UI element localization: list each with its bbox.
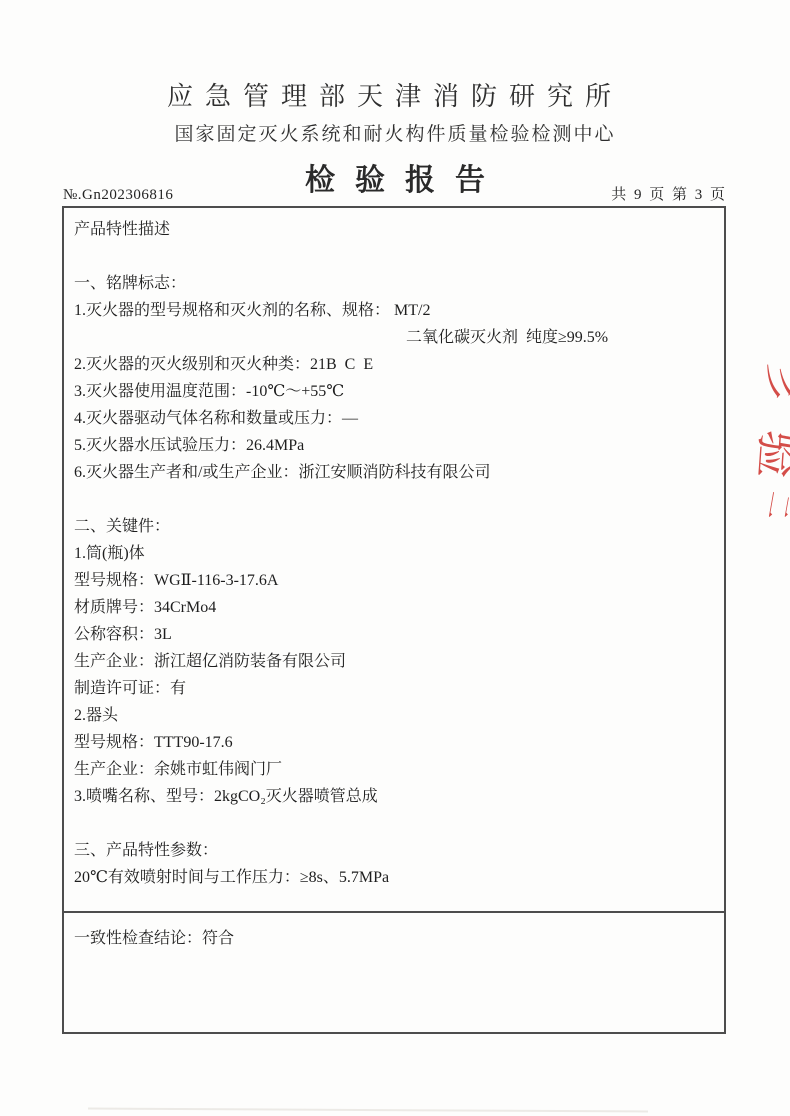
- field-line: 20℃有效喷射时间与工作压力：≥8s、5.7MPa: [74, 864, 712, 891]
- meta-row: №.Gn202306816 共 9 页 第 3 页: [63, 183, 727, 204]
- field-line: 型号规格：WGⅡ-116-3-17.6A: [74, 567, 712, 594]
- field-line: 制造许可证：有: [74, 675, 712, 702]
- section-2-title: 二、关键件：: [74, 513, 712, 540]
- field-line: 生产企业：浙江超亿消防装备有限公司: [74, 648, 712, 675]
- field-line: 3.灭火器使用温度范围：-10℃～+55℃: [74, 378, 712, 405]
- page-indicator: 共 9 页 第 3 页: [611, 183, 727, 204]
- field-line: 3.喷嘴名称、型号：2kgCO₂灭火器喷管总成: [74, 783, 712, 810]
- field-line: 材质牌号：34CrMo4: [74, 594, 712, 621]
- conclusion-text: 一致性检查结论：符合: [74, 930, 234, 947]
- field-line: 2.器头: [74, 702, 712, 729]
- report-number: №.Gn202306816: [63, 187, 173, 204]
- org-subtitle: 国家固定灭火系统和耐火构件质量检验检测中心: [0, 119, 790, 146]
- field-line: 1.灭火器的型号规格和灭火剂的名称、规格： MT/2: [74, 297, 712, 324]
- section-1-title: 一、铭牌标志：: [74, 270, 712, 297]
- field-line: 6.灭火器生产者和/或生产企业：浙江安顺消防科技有限公司: [74, 459, 712, 486]
- org-title: 应急管理部天津消防研究所: [0, 0, 790, 113]
- report-table: 产品特性描述 一、铭牌标志： 1.灭火器的型号规格和灭火剂的名称、规格： MT/…: [62, 206, 726, 1034]
- field-line: 2.灭火器的灭火级别和灭火种类：21B C E: [74, 351, 712, 378]
- field-line: 生产企业：余姚市虹伟阀门厂: [74, 756, 712, 783]
- conclusion-row: 一致性检查结论：符合: [64, 911, 724, 1032]
- red-seal-fragment-icon: 验: [746, 428, 790, 481]
- field-line: 5.灭火器水压试验压力：26.4MPa: [74, 432, 712, 459]
- table-body: 产品特性描述 一、铭牌标志： 1.灭火器的型号规格和灭火剂的名称、规格： MT/…: [64, 208, 724, 911]
- field-line: 公称容积：3L: [74, 621, 712, 648]
- red-seal-fragment-icon: 彡: [752, 357, 790, 407]
- field-line: 1.筒(瓶)体: [74, 540, 712, 567]
- field-line: 型号规格：TTT90-17.6: [74, 729, 712, 756]
- field-line: 二氧化碳灭火剂 纯度≥99.5%: [74, 324, 712, 351]
- document-page: 应急管理部天津消防研究所 国家固定灭火系统和耐火构件质量检验检测中心 检验报告 …: [0, 0, 790, 1116]
- table-header: 产品特性描述: [74, 216, 712, 243]
- scan-artifact: [88, 1108, 648, 1113]
- field-line: 4.灭火器驱动气体名称和数量或压力：—: [74, 405, 712, 432]
- red-seal-fragment-icon: 二: [758, 489, 790, 524]
- section-3-title: 三、产品特性参数：: [74, 837, 712, 864]
